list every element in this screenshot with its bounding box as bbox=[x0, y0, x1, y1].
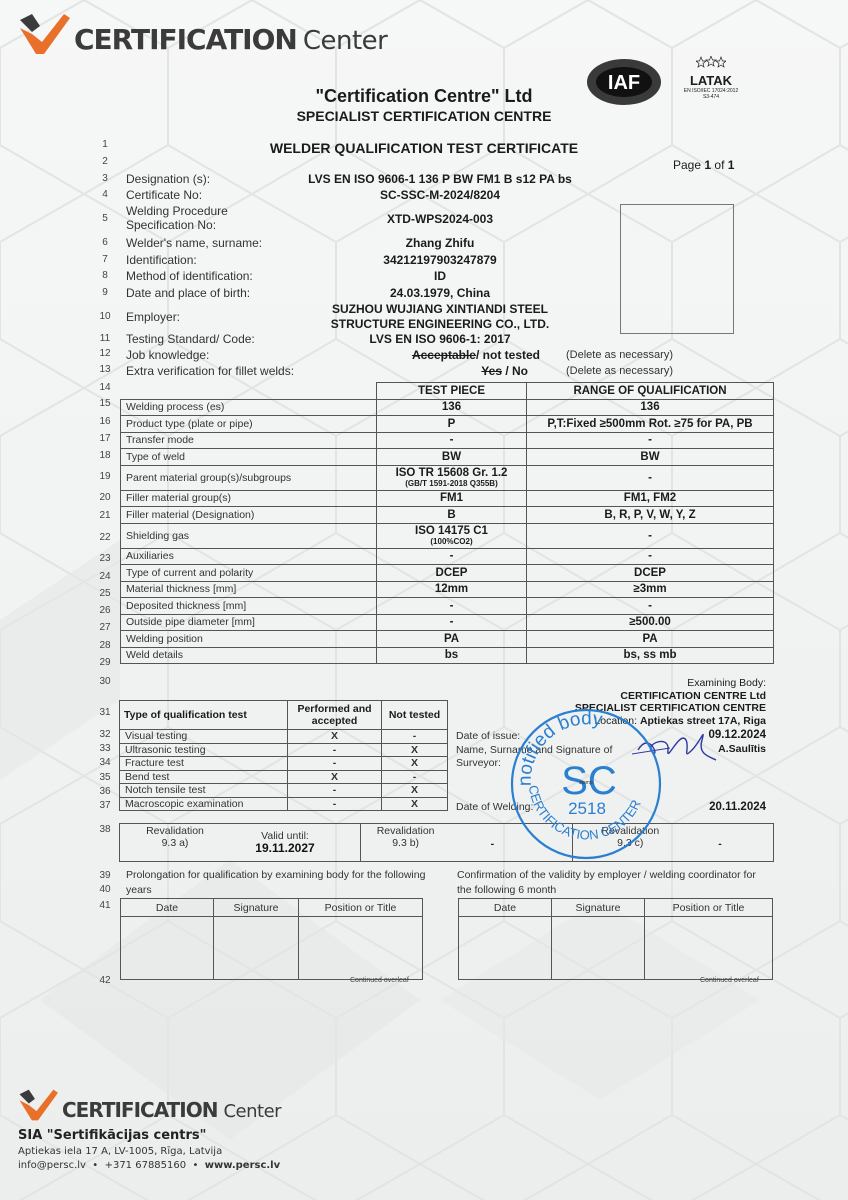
line-number: 16 bbox=[96, 416, 114, 427]
designation-value: LVS EN ISO 9606-1 136 P BW FM1 B s12 PA … bbox=[270, 172, 610, 187]
test-piece-value: - bbox=[377, 432, 527, 449]
test-piece-value: - bbox=[377, 614, 527, 631]
range-value: P,T:Fixed ≥500mm Rot. ≥75 for PA, PB bbox=[527, 416, 774, 433]
line-number: 41 bbox=[96, 900, 114, 911]
line-number: 8 bbox=[96, 270, 114, 281]
job-knowledge-label: Job knowledge: bbox=[126, 348, 209, 362]
tests-header-row: Type of qualification test Performed and… bbox=[120, 701, 448, 730]
not-tested-mark: X bbox=[382, 743, 448, 757]
row-label: Shielding gas bbox=[121, 523, 377, 548]
test-piece-value: ISO 14175 C1(100%CO2) bbox=[377, 523, 527, 548]
table-row: Parent material group(s)/subgroupsISO TR… bbox=[121, 465, 774, 490]
line-number: 21 bbox=[96, 510, 114, 521]
surveyor-label: Name, Surname and Signature of Surveyor: bbox=[456, 744, 612, 770]
test-piece-value: 12mm bbox=[377, 581, 527, 598]
table-row: Outside pipe diameter [mm]-≥500.00 bbox=[121, 614, 774, 631]
signature-icon bbox=[630, 720, 720, 770]
row-label: Welding process (es) bbox=[121, 399, 377, 416]
range-value: B, R, P, V, W, Y, Z bbox=[527, 507, 774, 524]
table-row: Shielding gasISO 14175 C1(100%CO2)- bbox=[121, 523, 774, 548]
identification-value: 34212197903247879 bbox=[270, 253, 610, 268]
certificate-no-label: Certificate No: bbox=[126, 188, 202, 202]
line-number: 15 bbox=[96, 398, 114, 409]
line-number: 42 bbox=[96, 975, 114, 986]
latak-code: S3-474 bbox=[676, 94, 746, 100]
line-number: 20 bbox=[96, 492, 114, 503]
line-number: 31 bbox=[96, 707, 114, 718]
test-name: Fracture test bbox=[120, 757, 288, 771]
range-value: - bbox=[527, 598, 774, 615]
test-name: Notch tensile test bbox=[120, 784, 288, 798]
performed-mark: - bbox=[288, 784, 382, 798]
checkmark-logo-icon bbox=[18, 1088, 58, 1122]
footer-phone[interactable]: +371 67885160 bbox=[105, 1160, 187, 1171]
row-label: Outside pipe diameter [mm] bbox=[121, 614, 377, 631]
not-tested-mark: X bbox=[382, 757, 448, 771]
performed-mark: X bbox=[288, 770, 382, 784]
revalidation-c: Revalidation 9.3 c) - bbox=[573, 824, 773, 861]
table-row: Auxiliaries-- bbox=[121, 548, 774, 565]
brand-logo: CERTIFICATION Center bbox=[18, 12, 387, 56]
line-number: 22 bbox=[96, 532, 114, 543]
footer-website[interactable]: www.persc.lv bbox=[205, 1160, 280, 1171]
footer-contacts: info@persc.lv • +371 67885160 • www.pers… bbox=[18, 1160, 281, 1171]
prolongation-entry-row bbox=[121, 917, 423, 980]
job-knowledge-note: (Delete as necessary) bbox=[566, 349, 673, 361]
testing-standard-label: Testing Standard/ Code: bbox=[126, 332, 255, 346]
line-number: 24 bbox=[96, 571, 114, 582]
line-number: 14 bbox=[96, 382, 114, 393]
page-indicator: Page 1 of 1 bbox=[673, 158, 734, 172]
position-field[interactable] bbox=[299, 917, 423, 980]
line-number: 30 bbox=[96, 676, 114, 687]
row-label: Weld details bbox=[121, 647, 377, 664]
test-piece-header: TEST PIECE bbox=[377, 383, 527, 400]
table-row: Macroscopic examination-X bbox=[120, 797, 448, 811]
qualification-table: TEST PIECE RANGE OF QUALIFICATION Weldin… bbox=[120, 382, 774, 664]
line-number: 27 bbox=[96, 622, 114, 633]
certificate-no-value: SC-SSC-M-2024/8204 bbox=[270, 188, 610, 203]
line-number: 7 bbox=[96, 254, 114, 265]
range-value: ≥500.00 bbox=[527, 614, 774, 631]
table-row: Type of weldBWBW bbox=[121, 449, 774, 466]
row-label: Type of weld bbox=[121, 449, 377, 466]
designation-label: Designation (s): bbox=[126, 172, 210, 186]
logo-light-word: Center bbox=[303, 26, 388, 56]
prolongation-text: Prolongation for qualification by examin… bbox=[126, 868, 425, 898]
prolongation-table: Date Signature Position or Title bbox=[120, 898, 423, 980]
range-value: FM1, FM2 bbox=[527, 490, 774, 507]
table-row: Transfer mode-- bbox=[121, 432, 774, 449]
line-number: 1 bbox=[96, 139, 114, 150]
footer-company: SIA "Sertifikācijas centrs" bbox=[18, 1128, 281, 1143]
test-name: Macroscopic examination bbox=[120, 797, 288, 811]
table-row: Fracture test-X bbox=[120, 757, 448, 771]
birth-value: 24.03.1979, China bbox=[270, 286, 610, 301]
line-number: 10 bbox=[96, 311, 114, 322]
latak-accreditation-mark: LATAK EN ISO/IEC 17024:2012 S3-474 bbox=[676, 55, 746, 100]
line-number: 19 bbox=[96, 471, 114, 482]
line-number: 28 bbox=[96, 640, 114, 651]
row-label: Parent material group(s)/subgroups bbox=[121, 465, 377, 490]
table-row: Deposited thickness [mm]-- bbox=[121, 598, 774, 615]
line-number: 38 bbox=[96, 824, 114, 835]
range-header: RANGE OF QUALIFICATION bbox=[527, 383, 774, 400]
line-number: 36 bbox=[96, 786, 114, 797]
confirmation-entry-row bbox=[459, 917, 773, 980]
test-piece-value: FM1 bbox=[377, 490, 527, 507]
test-name: Visual testing bbox=[120, 730, 288, 744]
svg-text:IAF: IAF bbox=[608, 72, 640, 94]
range-value: - bbox=[527, 523, 774, 548]
test-piece-value: P bbox=[377, 416, 527, 433]
identification-method-label: Method of identification: bbox=[126, 269, 253, 283]
row-label: Auxiliaries bbox=[121, 548, 377, 565]
qualification-tests-table: Type of qualification test Performed and… bbox=[119, 700, 448, 811]
range-value: bs, ss mb bbox=[527, 647, 774, 664]
not-tested-mark: X bbox=[382, 784, 448, 798]
table-header-row: TEST PIECE RANGE OF QUALIFICATION bbox=[121, 383, 774, 400]
table-row: Filler material (Designation)BB, R, P, V… bbox=[121, 507, 774, 524]
signature-field[interactable] bbox=[214, 917, 299, 980]
line-number: 32 bbox=[96, 729, 114, 740]
examining-body: Examining Body: CERTIFICATION CENTRE Ltd… bbox=[575, 677, 766, 727]
date-of-welding-value: 20.11.2024 bbox=[709, 801, 766, 813]
identification-label: Identification: bbox=[126, 253, 197, 267]
range-value: DCEP bbox=[527, 565, 774, 582]
stars-icon bbox=[696, 56, 726, 68]
not-tested-mark: X bbox=[382, 797, 448, 811]
footer: CERTIFICATION Center SIA "Sertifikācijas… bbox=[18, 1088, 281, 1171]
line-number: 5 bbox=[96, 213, 114, 224]
performed-mark: - bbox=[288, 797, 382, 811]
line-number: 33 bbox=[96, 743, 114, 754]
line-number: 6 bbox=[96, 237, 114, 248]
table-row: Welding positionPAPA bbox=[121, 631, 774, 648]
footer-email[interactable]: info@persc.lv bbox=[18, 1160, 86, 1171]
line-number: 3 bbox=[96, 173, 114, 184]
range-value: - bbox=[527, 432, 774, 449]
table-row: Filler material group(s)FM1FM1, FM2 bbox=[121, 490, 774, 507]
range-value: BW bbox=[527, 449, 774, 466]
line-number: 4 bbox=[96, 189, 114, 200]
table-row: Bend testX- bbox=[120, 770, 448, 784]
welder-name-label: Welder's name, surname: bbox=[126, 236, 262, 250]
row-label: Type of current and polarity bbox=[121, 565, 377, 582]
line-number: 39 bbox=[96, 870, 114, 881]
latak-name: LATAK bbox=[676, 73, 746, 88]
row-label: Welding position bbox=[121, 631, 377, 648]
job-knowledge-value: Acceptable/ not tested bbox=[340, 348, 560, 363]
range-value: - bbox=[527, 465, 774, 490]
date-of-issue-label: Date of issue: bbox=[456, 730, 520, 743]
test-piece-value: ISO TR 15608 Gr. 1.2(GB/T 1591-2018 Q355… bbox=[377, 465, 527, 490]
line-number: 2 bbox=[96, 156, 114, 167]
test-piece-value: DCEP bbox=[377, 565, 527, 582]
wps-label: Welding Procedure Specification No: bbox=[126, 204, 228, 232]
test-name: Ultrasonic testing bbox=[120, 743, 288, 757]
table-row: Type of current and polarityDCEPDCEP bbox=[121, 565, 774, 582]
performed-mark: X bbox=[288, 730, 382, 744]
logo-bold-word: CERTIFICATION bbox=[74, 23, 297, 56]
line-number: 11 bbox=[96, 333, 114, 344]
line-number: 23 bbox=[96, 553, 114, 564]
employer-label: Employer: bbox=[126, 310, 180, 324]
table-row: Visual testingX- bbox=[120, 730, 448, 744]
surveyor-name: A.Saulītis bbox=[718, 743, 766, 755]
line-number: 40 bbox=[96, 884, 114, 895]
row-label: Product type (plate or pipe) bbox=[121, 416, 377, 433]
test-piece-value: - bbox=[377, 598, 527, 615]
revalidation-b: Revalidation 9.3 b) - bbox=[361, 824, 574, 861]
identification-method-value: ID bbox=[270, 269, 610, 284]
position-field[interactable] bbox=[645, 917, 773, 980]
line-number: 34 bbox=[96, 757, 114, 768]
table-row: Material thickness [mm]12mm≥3mm bbox=[121, 581, 774, 598]
welder-name-value: Zhang Zhifu bbox=[270, 236, 610, 251]
row-label: Transfer mode bbox=[121, 432, 377, 449]
organization-subtitle: SPECIALIST CERTIFICATION CENTRE bbox=[0, 108, 848, 124]
range-value: - bbox=[527, 548, 774, 565]
line-number: 29 bbox=[96, 657, 114, 668]
test-piece-value: BW bbox=[377, 449, 527, 466]
continued-overleaf-right: Continued overleaf bbox=[700, 977, 759, 984]
performed-mark: - bbox=[288, 743, 382, 757]
test-piece-value: B bbox=[377, 507, 527, 524]
revalidation-row: Revalidation 9.3 a) Valid until: 19.11.2… bbox=[119, 823, 774, 862]
table-row: Product type (plate or pipe)PP,T:Fixed ≥… bbox=[121, 416, 774, 433]
valid-until-date: 19.11.2027 bbox=[235, 842, 335, 854]
test-piece-value: 136 bbox=[377, 399, 527, 416]
confirmation-table: Date Signature Position or Title bbox=[458, 898, 773, 980]
row-label: Filler material group(s) bbox=[121, 490, 377, 507]
table-row: Welding process (es)136136 bbox=[121, 399, 774, 416]
range-value: PA bbox=[527, 631, 774, 648]
row-label: Deposited thickness [mm] bbox=[121, 598, 377, 615]
test-piece-value: bs bbox=[377, 647, 527, 664]
iaf-logo-icon: IAF bbox=[586, 58, 662, 106]
fillet-verification-value: Yes / No bbox=[340, 364, 560, 379]
line-number: 12 bbox=[96, 348, 114, 359]
line-number: 26 bbox=[96, 605, 114, 616]
line-number: 17 bbox=[96, 433, 114, 444]
fillet-verification-label: Extra verification for fillet welds: bbox=[126, 364, 294, 378]
date-of-welding-label: Date of Welding: bbox=[456, 801, 533, 814]
line-number: 13 bbox=[96, 364, 114, 375]
birth-label: Date and place of birth: bbox=[126, 286, 250, 300]
footer-address: Aptiekas iela 17 A, LV-1005, Rīga, Latvi… bbox=[18, 1146, 281, 1157]
continued-overleaf-left: Continued overleaf bbox=[350, 977, 409, 984]
line-number: 25 bbox=[96, 588, 114, 599]
table-row: Weld detailsbsbs, ss mb bbox=[121, 647, 774, 664]
test-piece-value: PA bbox=[377, 631, 527, 648]
line-number: 18 bbox=[96, 450, 114, 461]
test-name: Bend test bbox=[120, 770, 288, 784]
checkmark-logo-icon bbox=[18, 12, 70, 56]
confirmation-text: Confirmation of the validity by employer… bbox=[457, 868, 756, 898]
row-label: Filler material (Designation) bbox=[121, 507, 377, 524]
date-field[interactable] bbox=[121, 917, 214, 980]
testing-standard-value: LVS EN ISO 9606-1: 2017 bbox=[270, 332, 610, 347]
footer-logo: CERTIFICATION Center bbox=[18, 1088, 281, 1122]
range-value: 136 bbox=[527, 399, 774, 416]
line-number: 35 bbox=[96, 772, 114, 783]
fillet-verification-note: (Delete as necessary) bbox=[566, 365, 673, 377]
employer-value: SUZHOU WUJIANG XINTIANDI STEEL STRUCTURE… bbox=[270, 302, 610, 332]
photo-placeholder bbox=[620, 204, 734, 334]
revalidation-a: Revalidation 9.3 a) Valid until: 19.11.2… bbox=[120, 824, 361, 861]
line-number: 37 bbox=[96, 800, 114, 811]
wps-value: XTD-WPS2024-003 bbox=[270, 212, 610, 227]
table-row: Notch tensile test-X bbox=[120, 784, 448, 798]
date-field[interactable] bbox=[459, 917, 552, 980]
performed-mark: - bbox=[288, 757, 382, 771]
line-number: 9 bbox=[96, 287, 114, 298]
table-row: Ultrasonic testing-X bbox=[120, 743, 448, 757]
row-label: Material thickness [mm] bbox=[121, 581, 377, 598]
test-piece-value: - bbox=[377, 548, 527, 565]
certificate-title: WELDER QUALIFICATION TEST CERTIFICATE bbox=[0, 140, 848, 156]
not-tested-mark: - bbox=[382, 730, 448, 744]
range-value: ≥3mm bbox=[527, 581, 774, 598]
signature-field[interactable] bbox=[552, 917, 645, 980]
not-tested-mark: - bbox=[382, 770, 448, 784]
